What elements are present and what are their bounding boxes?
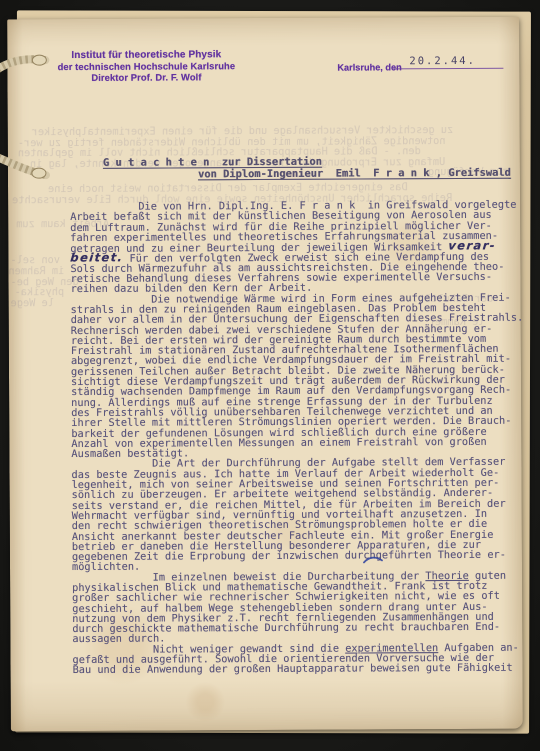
bleedthrough-text: den Weg be- xyxy=(10,277,78,288)
institute-school: der technischen Hochschule Karlsruhe xyxy=(35,60,257,72)
dateline-place-label: Karlsruhe, den xyxy=(337,62,401,72)
bleedthrough-text: von sel- xyxy=(10,255,60,266)
document-title-line1: G u t a c h t e n zur Dissertation xyxy=(103,156,322,169)
date-underline xyxy=(393,68,503,70)
blue-pencil-mark-icon xyxy=(362,555,384,565)
institute-director: Direktor Prof. Dr. F. Wolf xyxy=(35,71,257,83)
bleedthrough-text: zu geschickter Versuchsanlage und die fü… xyxy=(32,125,454,138)
dateline-date: 20.2.44. xyxy=(409,55,476,67)
binding-cord-icon xyxy=(0,147,54,187)
handwritten-correction: beitet. xyxy=(70,253,124,264)
bleedthrough-text: le Wege xyxy=(11,298,54,309)
document-page: zu geschickter Versuchsanlage und die fü… xyxy=(7,17,523,732)
bleedthrough-text: physika- xyxy=(15,287,65,298)
document-title-line2: von Diplom-Ingenieur Emil F r a n k , Gr… xyxy=(198,167,511,181)
handwritten-correction: verar- xyxy=(448,240,497,251)
bleedthrough-text: notwendige Zähigkeit, um mit den übliche… xyxy=(18,136,446,149)
bleedthrough-text: im Rahmen xyxy=(8,266,64,277)
typed-body: Die von Hrn. Dipl.Ing. E. F r a n k in G… xyxy=(70,200,524,676)
bleedthrough-text: Das eingereichte Exemplar der Dissertati… xyxy=(48,182,408,194)
body-line: Bau und die Anwendung der großen Hauptap… xyxy=(73,663,525,676)
dateline: Karlsruhe, den 20.2.44. xyxy=(337,55,517,74)
letterhead-stamp: Institut für theoretische Physik der tec… xyxy=(35,49,257,83)
scanner-background: zu geschickter Versuchsanlage und die fü… xyxy=(0,0,540,751)
